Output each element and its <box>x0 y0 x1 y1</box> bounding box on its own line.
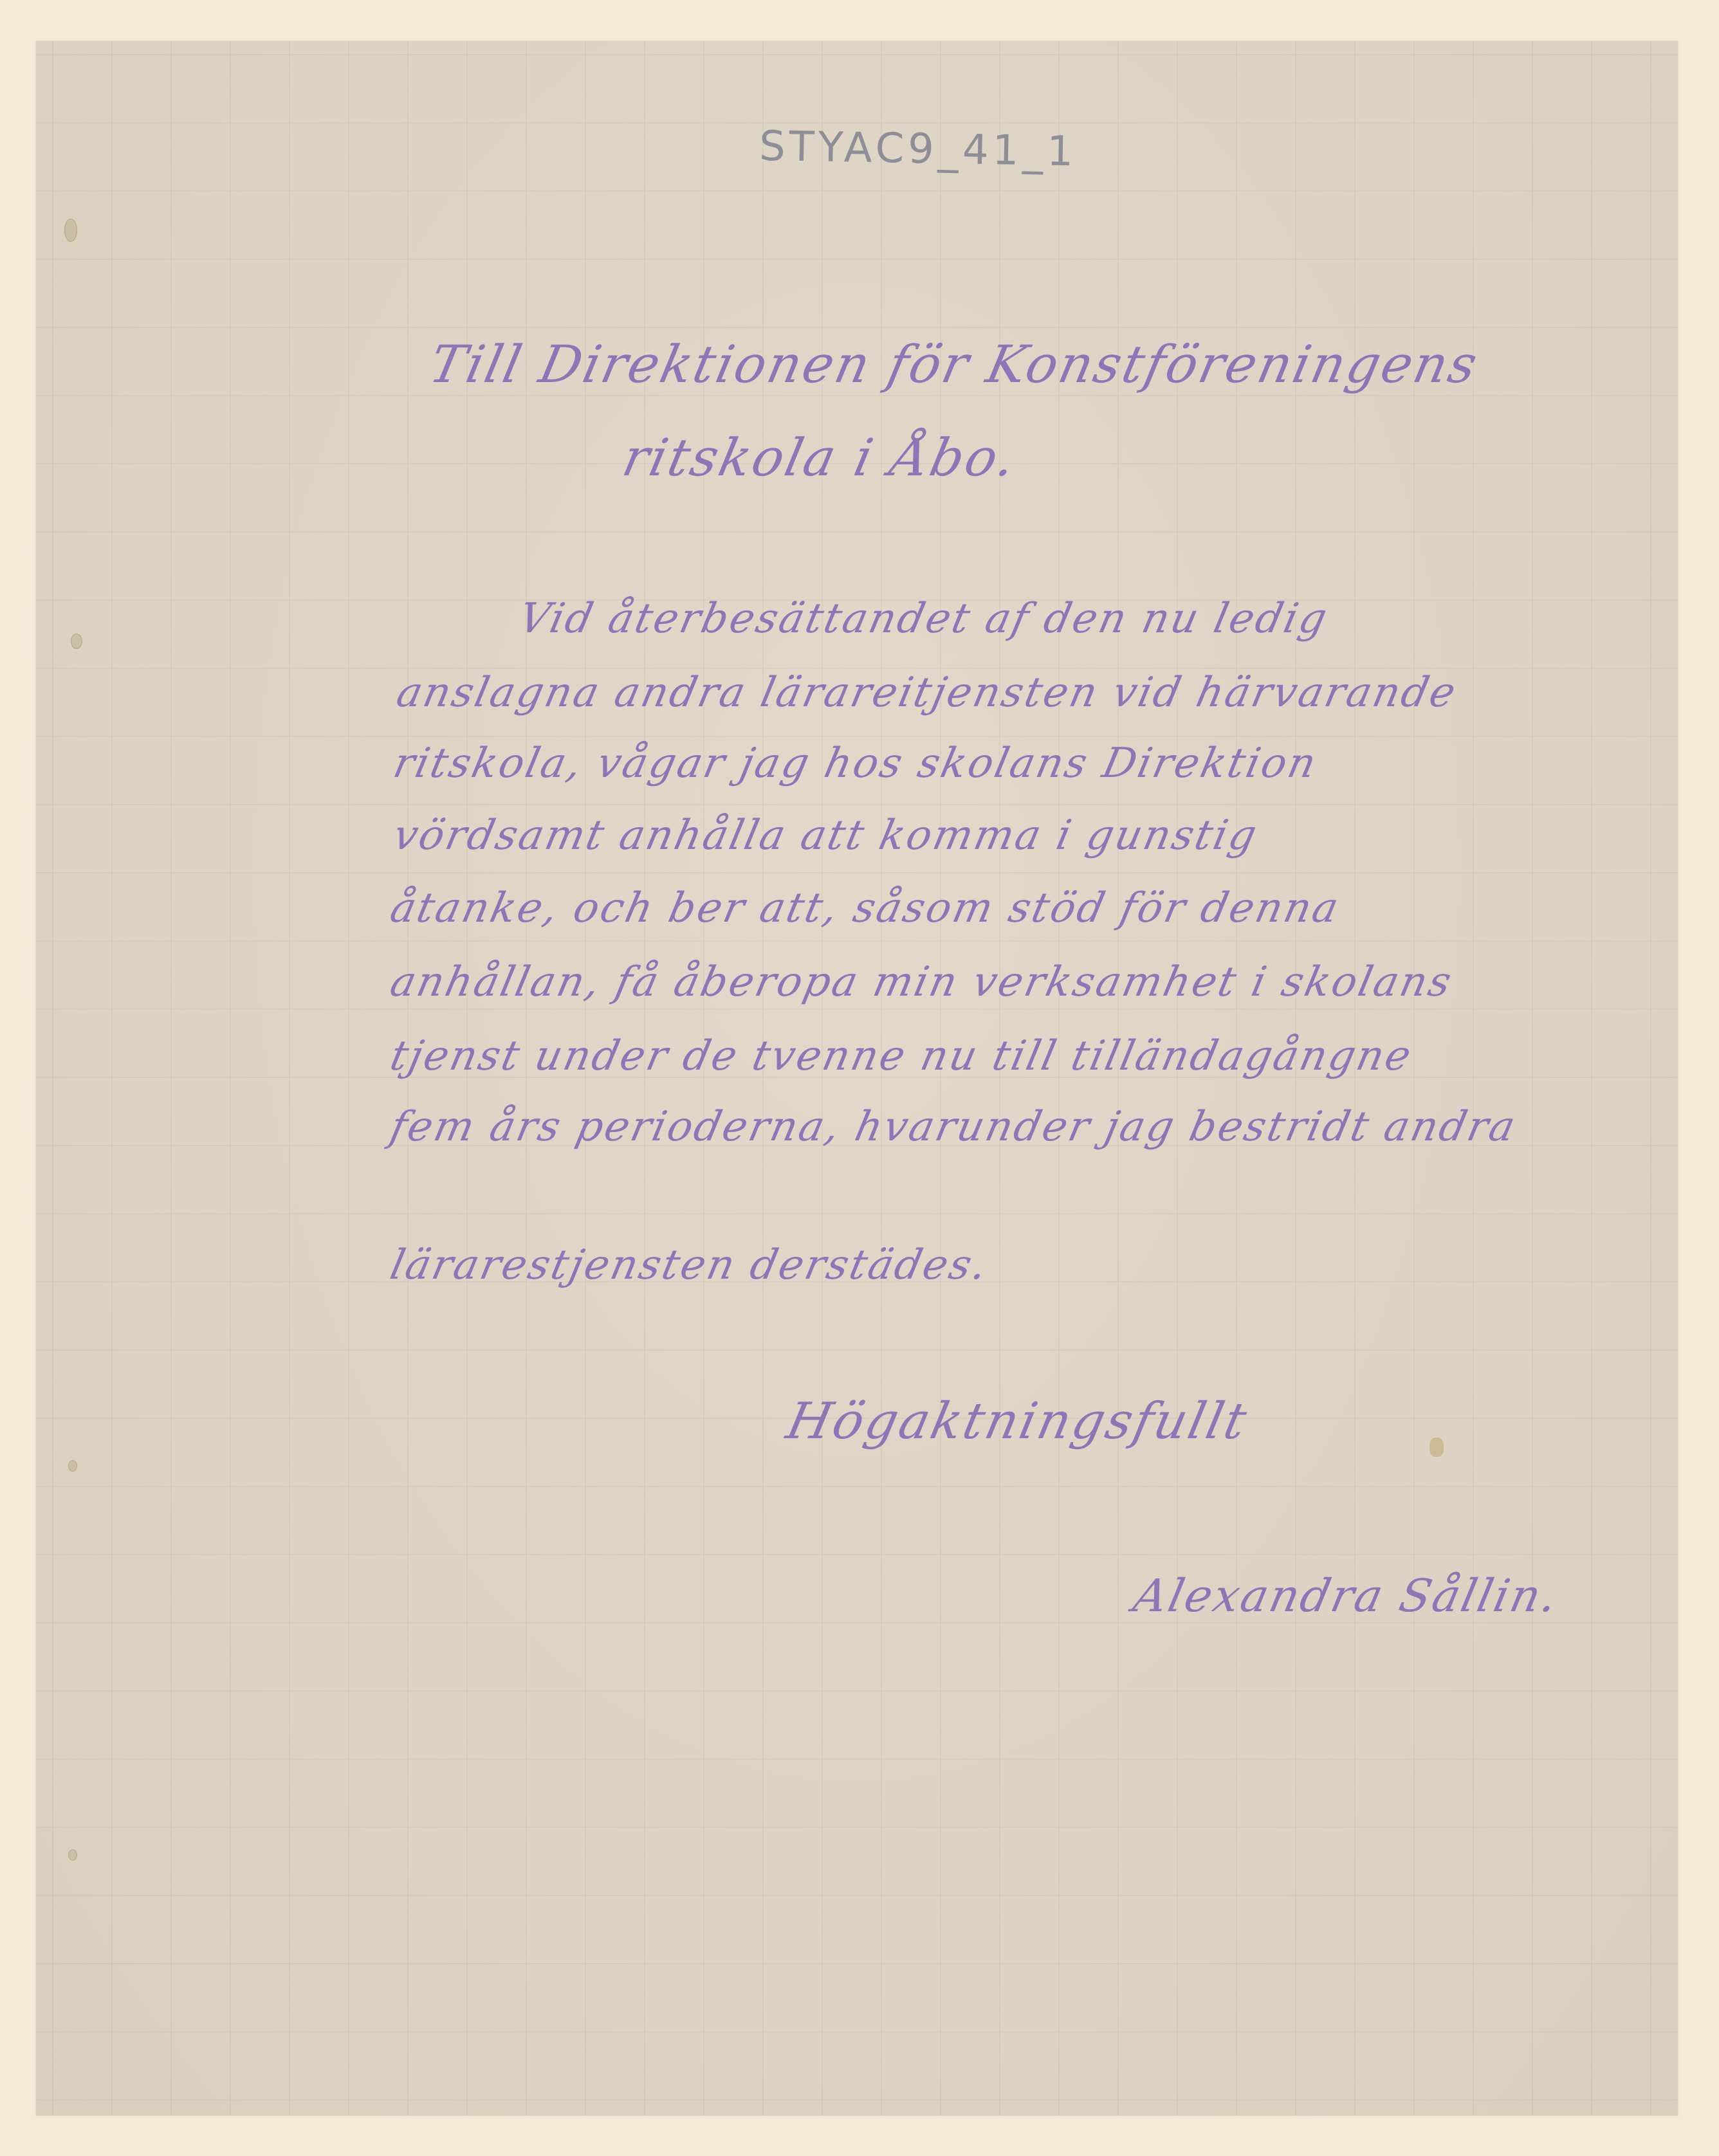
letter-body-line: Vid återbesättandet af den nu ledig <box>515 595 1333 643</box>
letter-body-line: ritskola, vågar jag hos skolans Direktio… <box>389 740 1322 787</box>
letter-body-line: tjenst under de tvenne nu till tilländag… <box>386 1032 1417 1080</box>
letter-body-line: fem års perioderna, hvarunder jag bestri… <box>386 1103 1521 1151</box>
letter-body-line: anslagna andra lärareitjensten vid härva… <box>392 669 1462 717</box>
letter-body-line: åtanke, och ber att, såsom stöd för denn… <box>386 884 1345 932</box>
edge-tear-mark <box>68 1849 77 1861</box>
edge-tear-mark <box>71 634 82 649</box>
letter-signature: Alexandra Sållin. <box>1129 1569 1564 1622</box>
letter-heading-line-2: ritskola i Åbo. <box>618 428 1022 488</box>
letter-body-line: vördsamt anhålla att komma i gunstig <box>389 812 1262 859</box>
edge-tear-mark <box>64 219 77 242</box>
letter-body-line: lärarestjensten derstädes. <box>386 1241 993 1289</box>
paper-stain <box>1429 1438 1444 1457</box>
letter-body-line: anhållan, få åberopa min verksamhet i sk… <box>386 958 1457 1006</box>
edge-tear-mark <box>68 1460 77 1472</box>
letter-heading-line-1: Till Direktionen för Konstföreningens <box>425 334 1484 394</box>
catalog-number: STYAC9_41_1 <box>758 123 1077 176</box>
letter-closing: Högaktningsfullt <box>782 1393 1253 1450</box>
